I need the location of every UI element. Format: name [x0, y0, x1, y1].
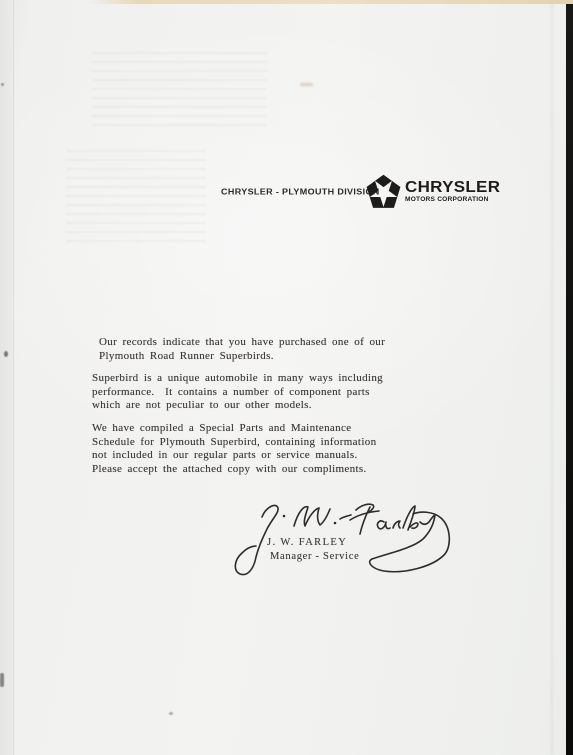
body-line: We have compiled a Special Parts and Mai… [92, 422, 462, 436]
body-line: Our records indicate that you have purch… [99, 336, 462, 350]
brand-subtitle: MOTORS CORPORATION [405, 196, 500, 203]
body-line: Superbird is a unique automobile in many… [92, 372, 462, 386]
brand-block: CHRYSLER MOTORS CORPORATION [405, 180, 500, 203]
body-line: not included in our regular parts or ser… [92, 449, 462, 463]
letter-body: Our records indicate that you have purch… [92, 336, 462, 485]
paper-left-edge-shadow [0, 0, 14, 755]
body-line: Plymouth Road Runner Superbirds. [99, 350, 462, 364]
letterhead: CHRYSLER - PLYMOUTH DIVISION CHRYSLER MO… [0, 174, 573, 214]
brand-name: CHRYSLER [405, 180, 500, 194]
paragraph: Our records indicate that you have purch… [99, 336, 462, 363]
scan-speck [4, 351, 8, 357]
scan-stain [300, 83, 313, 86]
body-line: which are not peculiar to our other mode… [92, 399, 462, 413]
bleed-through-smudge [92, 52, 267, 132]
paragraph: We have compiled a Special Parts and Mai… [92, 422, 462, 476]
scan-speck [0, 673, 4, 687]
paragraph: Superbird is a unique automobile in many… [92, 372, 462, 413]
body-line: performance. It contains a number of com… [92, 386, 462, 400]
chrysler-pentastar-icon [365, 174, 402, 210]
scan-speck [1, 83, 4, 86]
scan-right-edge-bar [566, 3, 573, 755]
division-label: CHRYSLER - PLYMOUTH DIVISION [221, 188, 380, 196]
scanned-letter-page: CHRYSLER - PLYMOUTH DIVISION CHRYSLER MO… [0, 0, 573, 755]
body-line: Please accept the attached copy with our… [92, 463, 462, 477]
handwritten-signature [232, 501, 462, 583]
scan-speck [169, 712, 173, 715]
scan-top-edge-strip [0, 0, 573, 4]
paper-right-crease [551, 0, 553, 755]
body-line: Schedule for Plymouth Superbird, contain… [92, 436, 462, 450]
